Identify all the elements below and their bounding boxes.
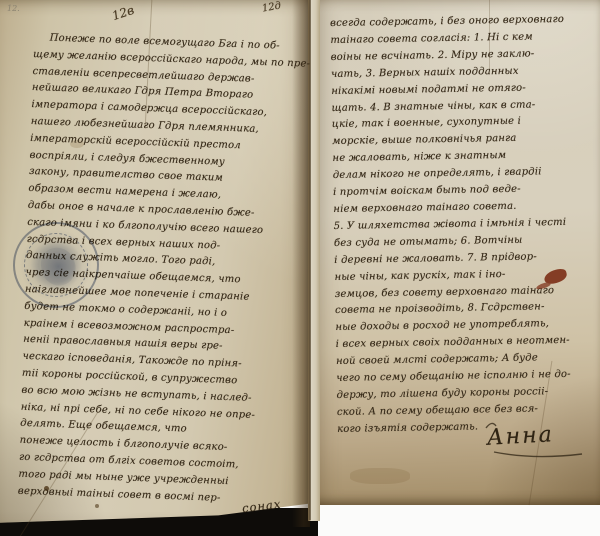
signature-flourish [480,418,590,462]
age-spot [350,468,410,484]
crease-line [309,0,311,520]
folio-number-pencil: 12. [7,4,20,13]
age-spot [95,504,99,508]
manuscript-photo: 12. 12в 12д Понеже по воле всемогущаго Б… [0,0,600,536]
right-page-text-block: всегда содержать, і без оного верховнаго… [330,11,600,438]
